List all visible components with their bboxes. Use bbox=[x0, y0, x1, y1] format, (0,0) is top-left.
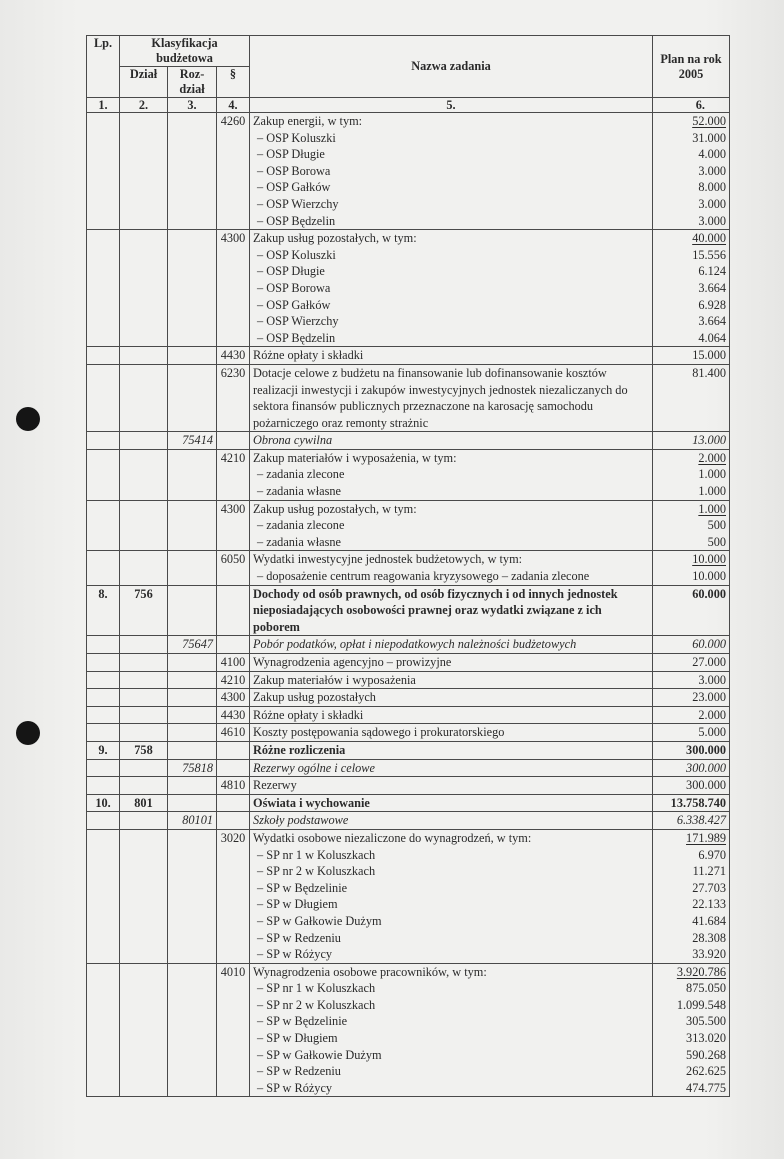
task-name: Zakup materiałów i wyposażenia, w tym: bbox=[253, 451, 457, 465]
lp-cell bbox=[87, 706, 120, 724]
lp-cell bbox=[87, 777, 120, 795]
dzial-cell bbox=[120, 829, 168, 963]
paragraf-cell bbox=[217, 794, 250, 812]
plan-value-cell: 23.000 bbox=[653, 689, 730, 707]
dzial-cell bbox=[120, 812, 168, 830]
chapter-value: 13.000 bbox=[653, 432, 730, 450]
task-value: 2.000 bbox=[656, 450, 726, 467]
sub-item-value: 6.970 bbox=[656, 847, 726, 864]
task-name-cell: Zakup usług pozostałych bbox=[250, 689, 653, 707]
table-row: 4210Zakup materiałów i wyposażenia, w ty… bbox=[87, 449, 730, 500]
chapter-value: 6.338.427 bbox=[653, 812, 730, 830]
rozdzial-cell bbox=[168, 113, 217, 230]
sub-item-value: 41.684 bbox=[656, 913, 726, 930]
sub-item-value: 590.268 bbox=[656, 1047, 726, 1064]
dzial-cell bbox=[120, 364, 168, 431]
paragraf-cell: 4430 bbox=[217, 706, 250, 724]
rozdzial-cell bbox=[168, 794, 217, 812]
header-paragraf: § bbox=[217, 67, 250, 98]
rozdzial-cell bbox=[168, 777, 217, 795]
sub-item-label: SP nr 2 w Koluszkach bbox=[253, 863, 649, 880]
sub-item-value: 6.928 bbox=[656, 297, 726, 314]
punch-hole-icon bbox=[16, 407, 40, 431]
sub-item-value: 313.020 bbox=[656, 1030, 726, 1047]
col-number: 6. bbox=[653, 98, 730, 113]
task-name-cell: Zakup materiałów i wyposażenia bbox=[250, 671, 653, 689]
plan-value-cell: 52.00031.0004.0003.0008.0003.0003.000 bbox=[653, 113, 730, 230]
table-row: 4210Zakup materiałów i wyposażenia3.000 bbox=[87, 671, 730, 689]
sub-item-label: SP w Długiem bbox=[253, 896, 649, 913]
table-row: 4810Rezerwy300.000 bbox=[87, 777, 730, 795]
header-nazwa: Nazwa zadania bbox=[250, 36, 653, 98]
rozdzial-cell: 75818 bbox=[168, 759, 217, 777]
task-name: Rezerwy bbox=[253, 778, 297, 792]
rozdzial-cell: 75647 bbox=[168, 636, 217, 654]
dzial-cell bbox=[120, 724, 168, 742]
plan-value-cell: 10.00010.000 bbox=[653, 551, 730, 585]
section-value: 300.000 bbox=[653, 741, 730, 759]
task-name: Wydatki osobowe niezaliczone do wynagrod… bbox=[253, 831, 531, 845]
sub-item-value: 6.124 bbox=[656, 263, 726, 280]
header-plan: Plan na rok 2005 bbox=[653, 36, 730, 98]
sub-item-value: 1.000 bbox=[656, 483, 726, 500]
task-name-cell: Wydatki inwestycyjne jednostek budżetowy… bbox=[250, 551, 653, 585]
task-value: 171.989 bbox=[656, 830, 726, 847]
paragraf-cell: 4210 bbox=[217, 671, 250, 689]
plan-value-cell: 171.9896.97011.27127.70322.13341.68428.3… bbox=[653, 829, 730, 963]
task-name: Zakup materiałów i wyposażenia bbox=[253, 673, 416, 687]
dzial-cell: 801 bbox=[120, 794, 168, 812]
table-row: 4260Zakup energii, w tym:OSP KoluszkiOSP… bbox=[87, 113, 730, 230]
plan-value-cell: 81.400 bbox=[653, 364, 730, 431]
rozdzial-cell bbox=[168, 829, 217, 963]
sub-item-value: 875.050 bbox=[656, 980, 726, 997]
chapter-name: Szkoły podstawowe bbox=[250, 812, 653, 830]
col-number: 4. bbox=[217, 98, 250, 113]
table-row: 75818Rezerwy ogólne i celowe300.000 bbox=[87, 759, 730, 777]
sub-item-value: 8.000 bbox=[656, 179, 726, 196]
lp-cell bbox=[87, 689, 120, 707]
sub-item-label: OSP Koluszki bbox=[253, 130, 649, 147]
task-value: 2.000 bbox=[698, 708, 726, 722]
paragraf-cell: 4430 bbox=[217, 347, 250, 365]
paragraf-cell: 4210 bbox=[217, 449, 250, 500]
task-name-cell: Wynagrodzenia osobowe pracowników, w tym… bbox=[250, 963, 653, 1097]
paragraf-cell bbox=[217, 759, 250, 777]
sub-item-label: OSP Gałków bbox=[253, 179, 649, 196]
lp-cell bbox=[87, 113, 120, 230]
sub-item-label: zadania zlecone bbox=[253, 466, 649, 483]
paragraf-cell bbox=[217, 741, 250, 759]
dzial-cell bbox=[120, 500, 168, 551]
table-row: 4300Zakup usług pozostałych23.000 bbox=[87, 689, 730, 707]
sub-item-value: 27.703 bbox=[656, 880, 726, 897]
sub-item-value: 3.000 bbox=[656, 163, 726, 180]
paragraf-cell: 6050 bbox=[217, 551, 250, 585]
sub-item-label: OSP Wierzchy bbox=[253, 313, 649, 330]
chapter-name: Pobór podatków, opłat i niepodatkowych n… bbox=[250, 636, 653, 654]
header-lp: Lp. bbox=[87, 36, 120, 98]
lp-cell bbox=[87, 654, 120, 672]
task-name-cell: Zakup usług pozostałych, w tym:zadania z… bbox=[250, 500, 653, 551]
dzial-cell bbox=[120, 636, 168, 654]
sub-item-value: 3.664 bbox=[656, 280, 726, 297]
sub-item-label: OSP Wierzchy bbox=[253, 196, 649, 213]
dzial-cell bbox=[120, 671, 168, 689]
task-value: 3.920.786 bbox=[656, 964, 726, 981]
task-name-cell: Wynagrodzenia agencyjno – prowizyjne bbox=[250, 654, 653, 672]
dzial-cell: 758 bbox=[120, 741, 168, 759]
lp-cell bbox=[87, 432, 120, 450]
task-name: Koszty postępowania sądowego i prokurato… bbox=[253, 725, 504, 739]
rozdzial-cell bbox=[168, 706, 217, 724]
task-name: Różne opłaty i składki bbox=[253, 348, 363, 362]
sub-item-label: OSP Długie bbox=[253, 146, 649, 163]
dzial-cell bbox=[120, 777, 168, 795]
task-name-cell: Rezerwy bbox=[250, 777, 653, 795]
rozdzial-cell bbox=[168, 500, 217, 551]
task-value: 40.000 bbox=[656, 230, 726, 247]
lp-cell bbox=[87, 500, 120, 551]
task-value: 1.000 bbox=[656, 501, 726, 518]
budget-body: 4260Zakup energii, w tym:OSP KoluszkiOSP… bbox=[87, 113, 730, 1097]
task-value: 10.000 bbox=[656, 551, 726, 568]
sub-item-value: 4.064 bbox=[656, 330, 726, 347]
paragraf-cell: 4610 bbox=[217, 724, 250, 742]
lp-cell bbox=[87, 963, 120, 1097]
table-row: 75647Pobór podatków, opłat i niepodatkow… bbox=[87, 636, 730, 654]
lp-cell: 9. bbox=[87, 741, 120, 759]
section-name: Dochody od osób prawnych, od osób fizycz… bbox=[250, 585, 653, 636]
punch-hole-icon bbox=[16, 721, 40, 745]
plan-value-cell: 2.000 bbox=[653, 706, 730, 724]
paragraf-cell: 4300 bbox=[217, 689, 250, 707]
col-number: 5. bbox=[250, 98, 653, 113]
plan-value-cell: 3.920.786875.0501.099.548305.500313.0205… bbox=[653, 963, 730, 1097]
chapter-value: 300.000 bbox=[653, 759, 730, 777]
lp-cell bbox=[87, 759, 120, 777]
table-row: 4430Różne opłaty i składki15.000 bbox=[87, 347, 730, 365]
task-name: Dotacje celowe z budżetu na finansowanie… bbox=[253, 366, 628, 430]
table-row: 4430Różne opłaty i składki2.000 bbox=[87, 706, 730, 724]
lp-cell bbox=[87, 230, 120, 347]
lp-cell bbox=[87, 449, 120, 500]
table-row: 4100Wynagrodzenia agencyjno – prowizyjne… bbox=[87, 654, 730, 672]
sub-item-value: 3.000 bbox=[656, 196, 726, 213]
lp-cell bbox=[87, 551, 120, 585]
section-name: Oświata i wychowanie bbox=[250, 794, 653, 812]
col-number: 3. bbox=[168, 98, 217, 113]
rozdzial-cell bbox=[168, 741, 217, 759]
lp-cell bbox=[87, 636, 120, 654]
lp-cell bbox=[87, 812, 120, 830]
paragraf-cell bbox=[217, 432, 250, 450]
rozdzial-cell bbox=[168, 671, 217, 689]
dzial-cell: 756 bbox=[120, 585, 168, 636]
rozdzial-cell bbox=[168, 347, 217, 365]
paragraf-cell: 6230 bbox=[217, 364, 250, 431]
lp-cell bbox=[87, 724, 120, 742]
table-row: 4010Wynagrodzenia osobowe pracowników, w… bbox=[87, 963, 730, 1097]
section-name: Różne rozliczenia bbox=[250, 741, 653, 759]
dzial-cell bbox=[120, 113, 168, 230]
sub-item-value: 305.500 bbox=[656, 1013, 726, 1030]
dzial-cell bbox=[120, 706, 168, 724]
task-name: Zakup usług pozostałych, w tym: bbox=[253, 502, 417, 516]
task-name: Zakup usług pozostałych, w tym: bbox=[253, 231, 417, 245]
dzial-cell bbox=[120, 347, 168, 365]
sub-item-label: zadania zlecone bbox=[253, 517, 649, 534]
sub-item-value: 262.625 bbox=[656, 1063, 726, 1080]
task-name: Wynagrodzenia agencyjno – prowizyjne bbox=[253, 655, 451, 669]
sub-item-label: OSP Borowa bbox=[253, 280, 649, 297]
plan-value-cell: 40.00015.5566.1243.6646.9283.6644.064 bbox=[653, 230, 730, 347]
paragraf-cell bbox=[217, 585, 250, 636]
sub-item-label: doposażenie centrum reagowania kryzysowe… bbox=[253, 568, 649, 585]
sub-item-value: 1.000 bbox=[656, 466, 726, 483]
task-value: 15.000 bbox=[692, 348, 726, 362]
lp-cell bbox=[87, 829, 120, 963]
sub-item-label: SP w Różycy bbox=[253, 946, 649, 963]
rozdzial-cell bbox=[168, 689, 217, 707]
column-numbers-row: 1. 2. 3. 4. 5. 6. bbox=[87, 98, 730, 113]
paragraf-cell: 4300 bbox=[217, 500, 250, 551]
table-row: 4610Koszty postępowania sądowego i proku… bbox=[87, 724, 730, 742]
sub-item-label: SP nr 1 w Koluszkach bbox=[253, 980, 649, 997]
table-row: 6230Dotacje celowe z budżetu na finansow… bbox=[87, 364, 730, 431]
paragraf-cell: 4100 bbox=[217, 654, 250, 672]
task-value: 81.400 bbox=[692, 366, 726, 380]
plan-value-cell: 5.000 bbox=[653, 724, 730, 742]
lp-cell bbox=[87, 671, 120, 689]
plan-value-cell: 300.000 bbox=[653, 777, 730, 795]
section-value: 13.758.740 bbox=[653, 794, 730, 812]
plan-value-cell: 3.000 bbox=[653, 671, 730, 689]
paragraf-cell bbox=[217, 812, 250, 830]
sub-item-value: 10.000 bbox=[656, 568, 726, 585]
dzial-cell bbox=[120, 689, 168, 707]
plan-value-cell: 1.000500500 bbox=[653, 500, 730, 551]
sub-item-value: 474.775 bbox=[656, 1080, 726, 1097]
budget-table: Lp. Klasyfikacja budżetowa Nazwa zadania… bbox=[86, 35, 730, 1097]
paragraf-cell: 3020 bbox=[217, 829, 250, 963]
dzial-cell bbox=[120, 230, 168, 347]
rozdzial-cell bbox=[168, 449, 217, 500]
task-name: Różne opłaty i składki bbox=[253, 708, 363, 722]
header-klasyfikacja: Klasyfikacja budżetowa bbox=[120, 36, 250, 67]
paragraf-cell: 4010 bbox=[217, 963, 250, 1097]
sub-item-label: OSP Będzelin bbox=[253, 213, 649, 230]
task-name-cell: Wydatki osobowe niezaliczone do wynagrod… bbox=[250, 829, 653, 963]
lp-cell: 8. bbox=[87, 585, 120, 636]
paragraf-cell: 4810 bbox=[217, 777, 250, 795]
sub-item-value: 3.664 bbox=[656, 313, 726, 330]
sub-item-label: OSP Będzelin bbox=[253, 330, 649, 347]
sub-item-label: OSP Długie bbox=[253, 263, 649, 280]
sub-item-value: 1.099.548 bbox=[656, 997, 726, 1014]
sub-item-label: SP w Będzelinie bbox=[253, 1013, 649, 1030]
task-name-cell: Zakup energii, w tym:OSP KoluszkiOSP Dłu… bbox=[250, 113, 653, 230]
lp-cell: 10. bbox=[87, 794, 120, 812]
sub-item-value: 500 bbox=[656, 534, 726, 551]
plan-value-cell: 2.0001.0001.000 bbox=[653, 449, 730, 500]
lp-cell bbox=[87, 364, 120, 431]
table-row: 6050Wydatki inwestycyjne jednostek budże… bbox=[87, 551, 730, 585]
task-value: 300.000 bbox=[686, 778, 726, 792]
chapter-name: Obrona cywilna bbox=[250, 432, 653, 450]
rozdzial-cell bbox=[168, 364, 217, 431]
task-name: Wydatki inwestycyjne jednostek budżetowy… bbox=[253, 552, 522, 566]
sub-item-label: OSP Koluszki bbox=[253, 247, 649, 264]
dzial-cell bbox=[120, 551, 168, 585]
lp-cell bbox=[87, 347, 120, 365]
rozdzial-cell bbox=[168, 963, 217, 1097]
sub-item-label: SP nr 2 w Koluszkach bbox=[253, 997, 649, 1014]
paragraf-cell: 4300 bbox=[217, 230, 250, 347]
rozdzial-cell bbox=[168, 654, 217, 672]
sub-item-label: SP w Redzeniu bbox=[253, 930, 649, 947]
plan-value-cell: 15.000 bbox=[653, 347, 730, 365]
task-name: Zakup energii, w tym: bbox=[253, 114, 362, 128]
scanned-page: Lp. Klasyfikacja budżetowa Nazwa zadania… bbox=[0, 0, 784, 1159]
sub-item-value: 31.000 bbox=[656, 130, 726, 147]
task-name-cell: Zakup materiałów i wyposażenia, w tym:za… bbox=[250, 449, 653, 500]
table-row: 8.756Dochody od osób prawnych, od osób f… bbox=[87, 585, 730, 636]
table-row: 10.801Oświata i wychowanie13.758.740 bbox=[87, 794, 730, 812]
dzial-cell bbox=[120, 432, 168, 450]
table-row: 80101Szkoły podstawowe6.338.427 bbox=[87, 812, 730, 830]
task-value: 23.000 bbox=[692, 690, 726, 704]
sub-item-label: SP nr 1 w Koluszkach bbox=[253, 847, 649, 864]
sub-item-value: 3.000 bbox=[656, 213, 726, 230]
col-number: 1. bbox=[87, 98, 120, 113]
task-name: Zakup usług pozostałych bbox=[253, 690, 376, 704]
header-rozdzial: Roz- dział bbox=[168, 67, 217, 98]
col-number: 2. bbox=[120, 98, 168, 113]
table-row: 4300Zakup usług pozostałych, w tym:OSP K… bbox=[87, 230, 730, 347]
sub-item-label: SP w Będzelinie bbox=[253, 880, 649, 897]
paragraf-cell: 4260 bbox=[217, 113, 250, 230]
task-name-cell: Koszty postępowania sądowego i prokurato… bbox=[250, 724, 653, 742]
dzial-cell bbox=[120, 654, 168, 672]
task-name: Wynagrodzenia osobowe pracowników, w tym… bbox=[253, 965, 487, 979]
table-row: 9.758Różne rozliczenia300.000 bbox=[87, 741, 730, 759]
table-row: 3020Wydatki osobowe niezaliczone do wyna… bbox=[87, 829, 730, 963]
task-name-cell: Różne opłaty i składki bbox=[250, 347, 653, 365]
sub-item-value: 22.133 bbox=[656, 896, 726, 913]
paragraf-cell bbox=[217, 636, 250, 654]
task-name-cell: Różne opłaty i składki bbox=[250, 706, 653, 724]
table-row: 4300Zakup usług pozostałych, w tym:zadan… bbox=[87, 500, 730, 551]
sub-item-label: SP w Różycy bbox=[253, 1080, 649, 1097]
task-value: 27.000 bbox=[692, 655, 726, 669]
sub-item-label: SP w Gałkowie Dużym bbox=[253, 913, 649, 930]
sub-item-label: zadania własne bbox=[253, 534, 649, 551]
sub-item-value: 11.271 bbox=[656, 863, 726, 880]
sub-item-label: SP w Redzeniu bbox=[253, 1063, 649, 1080]
table-row: 75414Obrona cywilna13.000 bbox=[87, 432, 730, 450]
rozdzial-cell bbox=[168, 551, 217, 585]
rozdzial-cell: 80101 bbox=[168, 812, 217, 830]
chapter-name: Rezerwy ogólne i celowe bbox=[250, 759, 653, 777]
task-name-cell: Dotacje celowe z budżetu na finansowanie… bbox=[250, 364, 653, 431]
sub-item-label: zadania własne bbox=[253, 483, 649, 500]
dzial-cell bbox=[120, 963, 168, 1097]
dzial-cell bbox=[120, 449, 168, 500]
task-name-cell: Zakup usług pozostałych, w tym:OSP Kolus… bbox=[250, 230, 653, 347]
rozdzial-cell bbox=[168, 230, 217, 347]
sub-item-label: OSP Gałków bbox=[253, 297, 649, 314]
header-dzial: Dział bbox=[120, 67, 168, 98]
task-value: 52.000 bbox=[656, 113, 726, 130]
dzial-cell bbox=[120, 759, 168, 777]
chapter-value: 60.000 bbox=[653, 636, 730, 654]
sub-item-value: 28.308 bbox=[656, 930, 726, 947]
sub-item-label: SP w Długiem bbox=[253, 1030, 649, 1047]
sub-item-label: SP w Gałkowie Dużym bbox=[253, 1047, 649, 1064]
sub-item-value: 500 bbox=[656, 517, 726, 534]
sub-item-value: 4.000 bbox=[656, 146, 726, 163]
sub-item-label: OSP Borowa bbox=[253, 163, 649, 180]
sub-item-value: 33.920 bbox=[656, 946, 726, 963]
task-value: 5.000 bbox=[698, 725, 726, 739]
section-value: 60.000 bbox=[653, 585, 730, 636]
rozdzial-cell bbox=[168, 724, 217, 742]
rozdzial-cell bbox=[168, 585, 217, 636]
task-value: 3.000 bbox=[698, 673, 726, 687]
sub-item-value: 15.556 bbox=[656, 247, 726, 264]
plan-value-cell: 27.000 bbox=[653, 654, 730, 672]
rozdzial-cell: 75414 bbox=[168, 432, 217, 450]
